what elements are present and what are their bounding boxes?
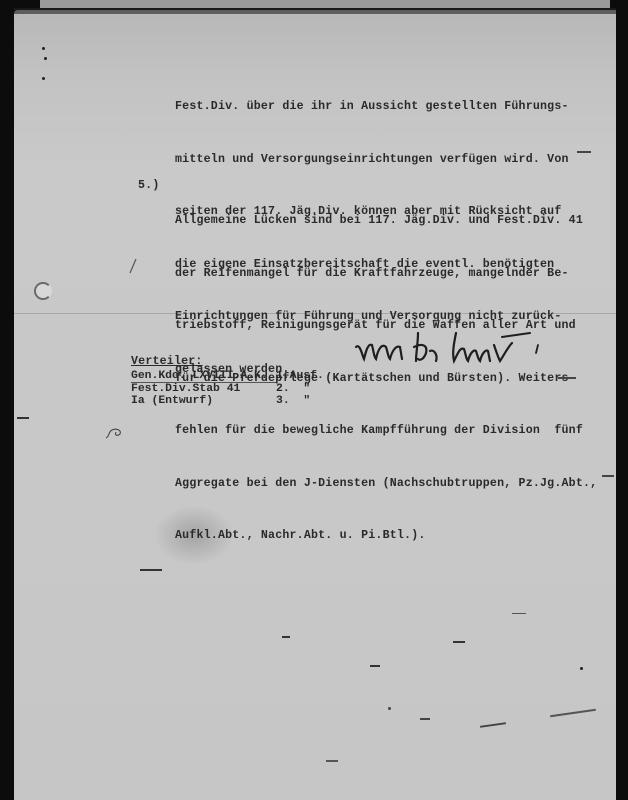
distribution-row: Gen.Kdo. LXVIII.A.K. 1.Ausf.	[131, 370, 324, 383]
copy-number: 2. "	[276, 383, 310, 395]
punch-hole-icon	[34, 282, 52, 300]
margin-dash	[577, 151, 591, 153]
distribution-heading: Verteiler:	[131, 353, 203, 371]
binder-dot	[44, 57, 47, 60]
binder-dot	[42, 47, 45, 50]
text-line: fehlen für die bewegliche Kampfführung d…	[175, 422, 597, 440]
text-line: Aufkl.Abt., Nachr.Abt. u. Pi.Btl.).	[175, 527, 597, 545]
speck	[326, 760, 338, 762]
text-line: Aggregate bei den J-Diensten (Nachschubt…	[175, 475, 597, 493]
speck	[140, 569, 162, 571]
recipient: Gen.Kdo. LXVIII.A.K.	[131, 370, 276, 383]
binder-dot	[42, 77, 45, 80]
recipient: Ia (Entwurf)	[131, 395, 276, 407]
speck	[580, 667, 583, 670]
previous-page-edge	[40, 0, 610, 8]
distribution-list: Gen.Kdo. LXVIII.A.K. 1.Ausf. Fest.Div.St…	[131, 370, 324, 407]
text-line: Fest.Div. über die ihr in Aussicht geste…	[175, 98, 569, 116]
speck	[282, 636, 290, 638]
speck	[420, 718, 430, 720]
speck	[512, 613, 526, 614]
speck	[370, 665, 380, 667]
margin-squiggle	[104, 424, 126, 440]
distribution-row: Ia (Entwurf) 3. "	[131, 395, 324, 407]
text-line: der Reifenmangel für die Kraftfahrzeuge,…	[175, 265, 597, 283]
copy-number: 1.Ausf.	[276, 370, 324, 383]
recipient: Fest.Div.Stab 41	[131, 383, 276, 395]
text-line: mitteln und Versorgungseinrichtungen ver…	[175, 151, 569, 169]
copy-number: 3. "	[276, 395, 310, 407]
margin-dash	[602, 475, 614, 477]
text-line: Allgemeine Lücken sind bei 117. Jäg.Div.…	[175, 212, 597, 230]
margin-pencil-mark	[128, 258, 138, 274]
margin-dash	[17, 417, 29, 419]
scanned-document: Fest.Div. über die ihr in Aussicht geste…	[0, 0, 628, 800]
signature-icon	[352, 325, 552, 375]
item-number: 5.)	[138, 177, 159, 195]
distribution-row: Fest.Div.Stab 41 2. "	[131, 383, 324, 395]
page-top-shadow	[14, 8, 616, 14]
margin-dash	[558, 377, 576, 379]
speck	[453, 641, 465, 643]
speck	[388, 707, 391, 710]
